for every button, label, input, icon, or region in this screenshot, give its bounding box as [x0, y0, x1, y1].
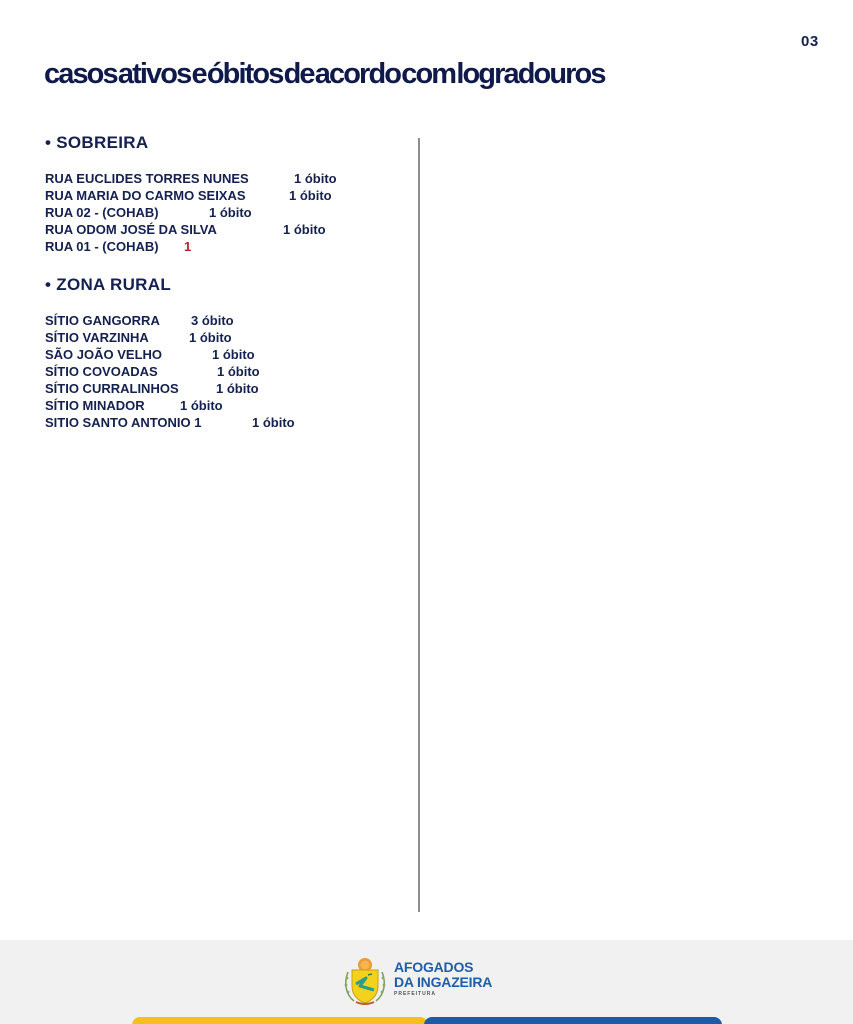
death-count: 1 óbito — [252, 414, 295, 431]
death-count: 1 óbito — [216, 380, 259, 397]
death-count: 1 óbito — [189, 329, 232, 346]
location-name: SITIO SANTO ANTONIO 1 — [45, 414, 202, 431]
list-item: RUA EUCLIDES TORRES NUNES 1 óbito — [45, 170, 249, 187]
section-heading: •ZONA RURAL — [45, 274, 202, 296]
list-item: RUA 02 - (COHAB) 1 óbito — [45, 204, 249, 221]
section-zona-rural: •ZONA RURAL SÍTIO GANGORRA 3 óbito SÍTIO… — [45, 274, 202, 431]
list-item: SÍTIO COVOADAS 1 óbito — [45, 363, 202, 380]
list-item: SÃO JOÃO VELHO 1 óbito — [45, 346, 202, 363]
page-title: casos ativos e óbitos de acordo com logr… — [44, 58, 605, 91]
section-heading: •SOBREIRA — [45, 132, 249, 154]
list-item: SÍTIO CURRALINHOS 1 óbito — [45, 380, 202, 397]
death-count: 3 óbito — [191, 312, 234, 329]
location-name: SÍTIO CURRALINHOS — [45, 380, 179, 397]
death-count: 1 — [184, 238, 191, 255]
logo-subtitle: PREFEITURA — [394, 991, 492, 997]
list-item: RUA 01 - (COHAB) 1 — [45, 238, 249, 255]
list-item: RUA MARIA DO CARMO SEIXAS 1 óbito — [45, 187, 249, 204]
location-name: SÍTIO MINADOR — [45, 397, 145, 414]
footer-bar-yellow — [132, 1017, 428, 1024]
death-count: 1 óbito — [212, 346, 255, 363]
list-item: SÍTIO VARZINHA 1 óbito — [45, 329, 202, 346]
location-name: SÍTIO COVOADAS — [45, 363, 158, 380]
location-name: SÃO JOÃO VELHO — [45, 346, 162, 363]
page-number: 03 — [801, 33, 819, 50]
section-sobreira: •SOBREIRA RUA EUCLIDES TORRES NUNES 1 ób… — [45, 132, 249, 255]
list-item: SÍTIO GANGORRA 3 óbito — [45, 312, 202, 329]
death-count: 1 óbito — [180, 397, 223, 414]
death-count: 1 óbito — [283, 221, 326, 238]
death-count: 1 óbito — [209, 204, 252, 221]
list-item: SITIO SANTO ANTONIO 1 1 óbito — [45, 414, 202, 431]
location-name: RUA ODOM JOSÉ DA SILVA — [45, 221, 217, 238]
location-list: SÍTIO GANGORRA 3 óbito SÍTIO VARZINHA 1 … — [45, 312, 202, 431]
location-name: SÍTIO VARZINHA — [45, 329, 149, 346]
location-list: RUA EUCLIDES TORRES NUNES 1 óbito RUA MA… — [45, 170, 249, 255]
death-count: 1 óbito — [217, 363, 260, 380]
death-count: 1 óbito — [294, 170, 337, 187]
section-heading-label: ZONA RURAL — [56, 275, 171, 294]
bullet-icon: • — [45, 275, 51, 294]
bullet-icon: • — [45, 133, 51, 152]
footer: AFOGADOS DA INGAZEIRA PREFEITURA — [0, 940, 853, 1024]
location-name: RUA EUCLIDES TORRES NUNES — [45, 170, 249, 187]
list-item: RUA ODOM JOSÉ DA SILVA 1 óbito — [45, 221, 249, 238]
column-divider — [418, 138, 420, 912]
logo-line-1: AFOGADOS — [394, 960, 492, 975]
prefeitura-logo: AFOGADOS DA INGAZEIRA PREFEITURA — [342, 956, 512, 1006]
location-name: RUA 02 - (COHAB) — [45, 204, 159, 221]
location-name: RUA 01 - (COHAB) — [45, 238, 159, 255]
footer-bar-blue — [424, 1017, 722, 1024]
location-name: SÍTIO GANGORRA — [45, 312, 160, 329]
municipal-crest-icon — [342, 956, 388, 1006]
location-name: RUA MARIA DO CARMO SEIXAS — [45, 187, 246, 204]
list-item: SÍTIO MINADOR 1 óbito — [45, 397, 202, 414]
logo-line-2: DA INGAZEIRA — [394, 975, 492, 990]
section-heading-label: SOBREIRA — [56, 133, 148, 152]
logo-text: AFOGADOS DA INGAZEIRA PREFEITURA — [394, 960, 492, 997]
death-count: 1 óbito — [289, 187, 332, 204]
